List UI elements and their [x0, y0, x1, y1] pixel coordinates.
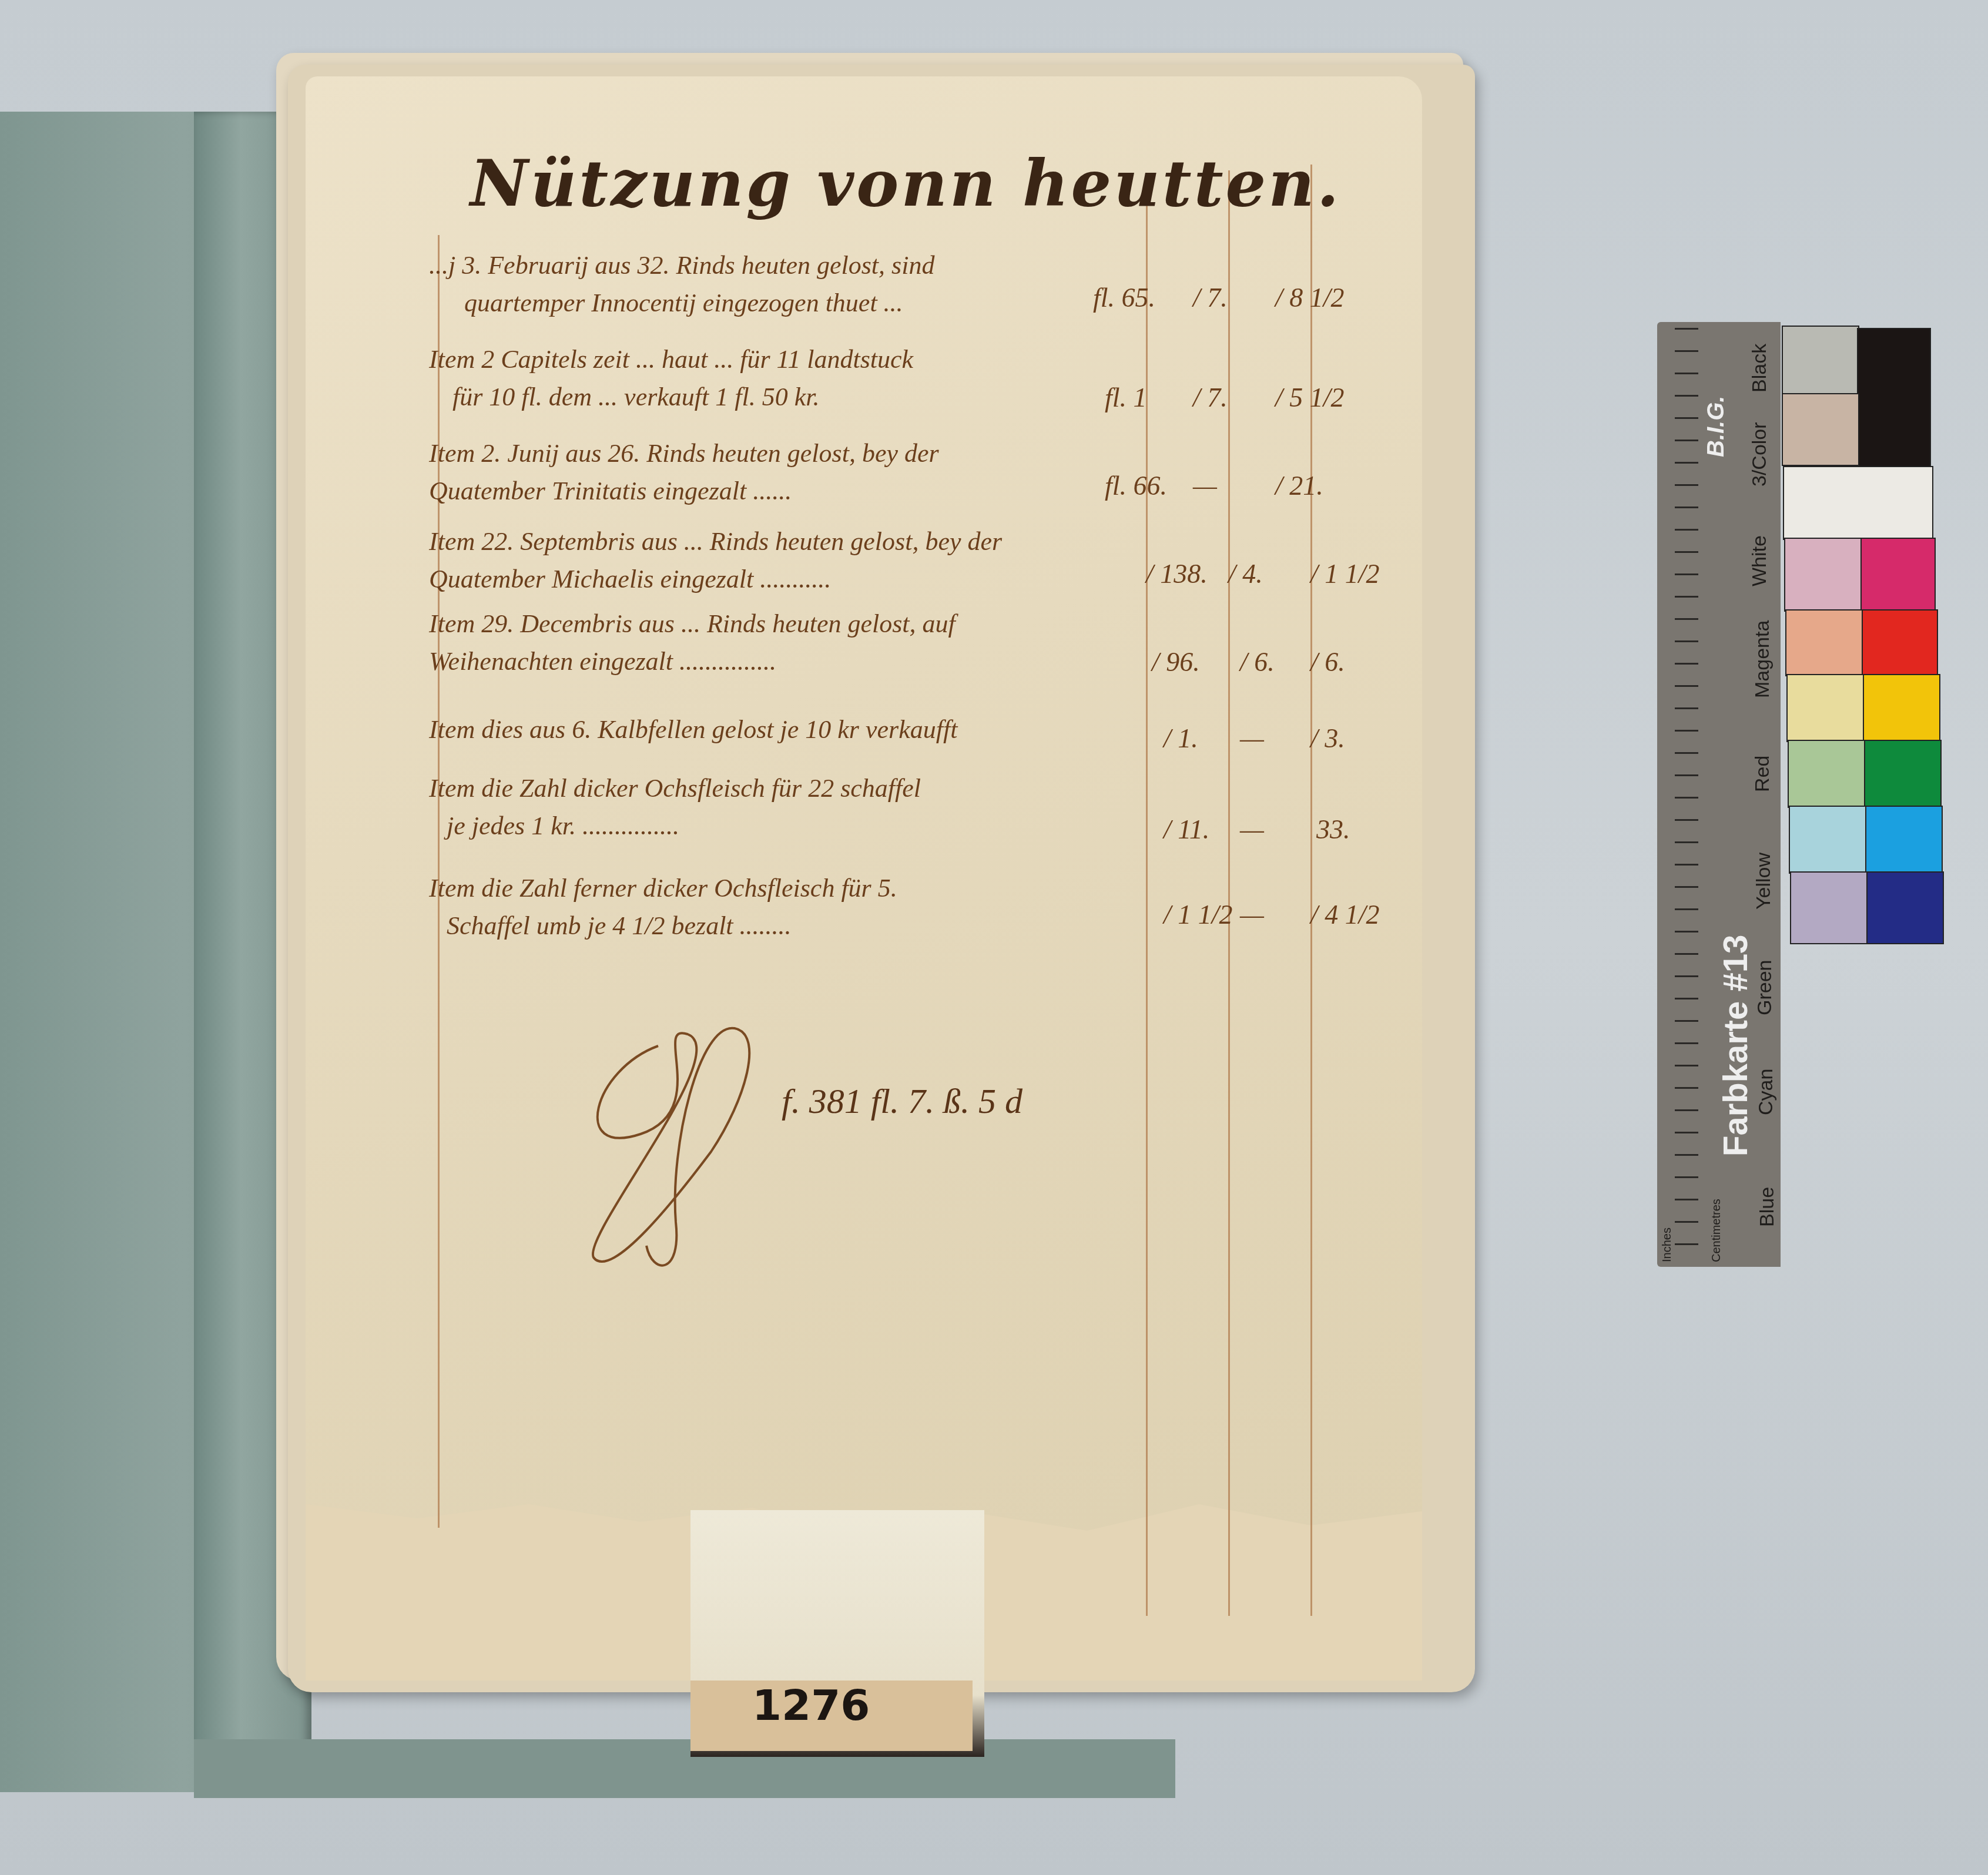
ledger-entry-5: Item 29. Decembris aus ... Rinds heuten … [429, 605, 1164, 680]
sum-total: f. 381 fl. 7. ß. 5 d [782, 1081, 1023, 1122]
column-rule-ss [1228, 170, 1230, 1616]
amount-ss: / 7. [1193, 282, 1228, 313]
amount-d: / 21. [1275, 470, 1323, 501]
amount-fl: / 1 1/2 [1164, 899, 1233, 930]
entry-line: Item 22. Septembris aus ... Rinds heuten… [429, 523, 1164, 561]
amount-fl: / 138. [1146, 558, 1208, 589]
entry-line: ...j 3. Februarij aus 32. Rinds heuten g… [429, 247, 1164, 284]
entry-line: Item die Zahl ferner dicker Ochsfleisch … [429, 870, 1164, 907]
patch-label-green: Green [1754, 960, 1776, 1016]
patch-label-white: White [1748, 535, 1771, 586]
entry-line: Item die Zahl dicker Ochsfleisch für 22 … [429, 770, 1164, 807]
swatch-blue-light [1790, 871, 1869, 944]
amount-d: / 8 1/2 [1275, 282, 1345, 313]
card-name: Farbkarte #13 [1716, 935, 1755, 1156]
amount-ss: / 6. [1240, 646, 1275, 677]
ruler-ticks [1675, 328, 1698, 1254]
amount-d: / 5 1/2 [1275, 382, 1345, 413]
amount-d: 33. [1316, 814, 1350, 845]
swatch-black-dark [1857, 328, 1931, 468]
amount-fl: fl. 65. [1093, 282, 1155, 313]
amount-d: / 4 1/2 [1310, 899, 1380, 930]
swatch-green-dark [1864, 740, 1942, 808]
entry-line: je jedes 1 kr. ............... [429, 807, 1164, 845]
entry-line: Item dies aus 6. Kalbfellen gelost je 10… [429, 711, 1164, 749]
swatch-red-dark [1862, 609, 1938, 676]
shelf-label-number: 1276 [752, 1681, 870, 1730]
swatch-magenta-light [1784, 538, 1863, 612]
swatch-3color-light [1782, 393, 1859, 466]
amount-ss: — [1193, 470, 1217, 501]
ledger-entry-4: Item 22. Septembris aus ... Rinds heuten… [429, 523, 1164, 598]
patch-label-3color: 3/Color [1748, 422, 1771, 487]
ledger-entry-7: Item die Zahl dicker Ochsfleisch für 22 … [429, 770, 1164, 845]
swatch-red-light [1785, 609, 1864, 676]
amount-ss: / 7. [1193, 382, 1228, 413]
swatch-yellow-light [1786, 674, 1865, 742]
swatch-magenta-dark [1860, 538, 1936, 612]
entry-line: für 10 fl. dem ... verkauft 1 fl. 50 kr. [429, 378, 1164, 416]
entry-line: Item 29. Decembris aus ... Rinds heuten … [429, 605, 1164, 643]
patch-label-black: Black [1748, 344, 1771, 393]
unit-label-inches: Inches [1661, 1227, 1674, 1262]
ledger-entry-3: Item 2. Junij aus 26. Rinds heuten gelos… [429, 435, 1164, 510]
swatch-cyan-dark [1865, 806, 1943, 874]
amount-ss: / 4. [1228, 558, 1263, 589]
page-title: Nützung vonn heutten. [470, 147, 1341, 221]
card-brand: B.I.G. [1703, 396, 1729, 457]
ledger-entry-8: Item die Zahl ferner dicker Ochsfleisch … [429, 870, 1164, 945]
entry-line: Quatember Trinitatis eingezalt ...... [429, 472, 1164, 510]
amount-fl: fl. 66. [1105, 470, 1167, 501]
amount-d: / 3. [1310, 723, 1345, 754]
amount-ss: — [1240, 723, 1264, 754]
amount-d: / 6. [1310, 646, 1345, 677]
entry-line: Item 2. Junij aus 26. Rinds heuten gelos… [429, 435, 1164, 472]
patch-label-magenta: Magenta [1751, 620, 1774, 698]
entry-line: quartemper Innocentij eingezogen thuet .… [429, 284, 1164, 322]
amount-fl: / 96. [1152, 646, 1200, 677]
swatch-blue-dark [1866, 871, 1944, 944]
entry-line: Item 2 Capitels zeit ... haut ... für 11… [429, 341, 1164, 378]
amount-fl: fl. 1 [1105, 382, 1147, 413]
entry-line: Schaffel umb je 4 1/2 bezalt ........ [429, 907, 1164, 945]
ledger-entry-1: ...j 3. Februarij aus 32. Rinds heuten g… [429, 247, 1164, 322]
swatch-black-light [1782, 326, 1859, 395]
summa-flourish-icon [558, 999, 852, 1281]
amount-d: / 1 1/2 [1310, 558, 1380, 589]
entry-line: Quatember Michaelis eingezalt ..........… [429, 561, 1164, 598]
patch-label-cyan: Cyan [1755, 1069, 1778, 1115]
swatch-cyan-light [1789, 806, 1868, 874]
ledger-entry-2: Item 2 Capitels zeit ... haut ... für 11… [429, 341, 1164, 416]
amount-ss: — [1240, 899, 1264, 930]
swatch-white [1783, 466, 1933, 540]
unit-label-centimetres: Centimetres [1710, 1199, 1724, 1262]
patch-label-yellow: Yellow [1752, 853, 1775, 910]
amount-fl: / 11. [1164, 814, 1209, 845]
patch-label-blue: Blue [1756, 1187, 1779, 1227]
patch-label-red: Red [1751, 756, 1774, 792]
swatch-green-light [1788, 740, 1866, 808]
entry-line: Weihenachten eingezalt ............... [429, 643, 1164, 680]
color-calibration-card: B.I.G. Farbkarte #13 Inches Centimetres … [1657, 322, 1933, 1267]
archive-folder-bottom [194, 1739, 1175, 1798]
amount-fl: / 1. [1164, 723, 1198, 754]
amount-ss: — [1240, 814, 1264, 845]
swatch-yellow-dark [1863, 674, 1940, 742]
ledger-entry-6: Item dies aus 6. Kalbfellen gelost je 10… [429, 711, 1164, 749]
